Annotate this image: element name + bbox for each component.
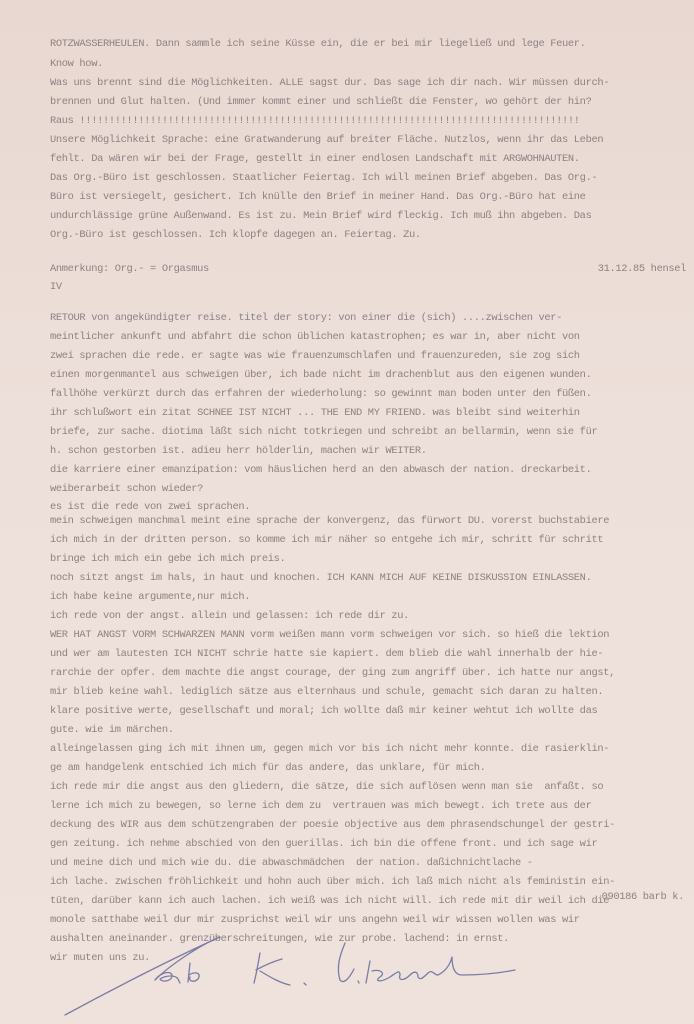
text-line: und wer am lautesten ICH NICHT schrie ha… [50, 648, 603, 660]
text-line: Unsere Möglichkeit Sprache: eine Gratwan… [50, 134, 603, 146]
text-line: rarchie der opfer. dem machte die angst … [50, 667, 615, 679]
text-line: ich rede mir die angst aus den gliedern,… [50, 781, 603, 793]
text-line: ge am handgelenk entschied ich mich für … [50, 762, 486, 774]
footnote: Anmerkung: Org.- = Orgasmus [50, 263, 209, 275]
text-line: Raus !!!!!!!!!!!!!!!!!!!!!!!!!!!!!!!!!!!… [50, 115, 580, 127]
text-line: tüten, darüber kann ich auch lachen. ich… [50, 895, 609, 907]
text-line: ich rede von der angst. allein und gelas… [50, 610, 409, 622]
text-line: ich habe keine argumente,nur mich. [50, 591, 250, 603]
text-line: brennen und Glut halten. (Und immer komm… [50, 96, 591, 108]
text-line: ich mich in der dritten person. so komme… [50, 534, 603, 546]
text-line: Org.-Büro ist geschlossen. Ich klopfe da… [50, 229, 421, 241]
text-line: es ist die rede von zwei sprachen. [50, 501, 250, 513]
text-line: klare positive werte, gesellschaft und m… [50, 705, 597, 717]
text-line: gute. wie im märchen. [50, 724, 174, 736]
document-page: ROTZWASSERHEULEN. Dann sammle ich seine … [0, 0, 694, 1024]
text-line: lerne ich mich zu bewegen, so lerne ich … [50, 800, 591, 812]
text-line: fehlt. Da wären wir bei der Frage, geste… [50, 153, 580, 165]
text-line: Know how. [50, 58, 103, 70]
text-line: einen morgenmantel aus schweigen über, i… [50, 369, 591, 381]
text-line: h. schon gestorben ist. adieu herr hölde… [50, 445, 427, 457]
text-line: fallhöhe verkürzt durch das erfahren der… [50, 388, 591, 400]
signature-hensel [338, 943, 515, 983]
text-line: RETOUR von angekündigter reise. titel de… [50, 312, 562, 324]
text-line: meintlicher ankunft und abfahrt die scho… [50, 331, 580, 343]
text-line: mein schweigen manchmal meint eine sprac… [50, 515, 609, 527]
date-signature-hensel: 31.12.85 hensel [598, 263, 686, 275]
text-line: Was uns brennt sind die Möglichkeiten. A… [50, 77, 609, 89]
text-line: weiberarbeit schon wieder? [50, 483, 203, 495]
text-line: noch sitzt angst im hals, in haut und kn… [50, 572, 591, 584]
handwritten-signatures [60, 925, 620, 1020]
text-line: mir blieb keine wahl. lediglich sätze au… [50, 686, 603, 698]
text-line: Das Org.-Büro ist geschlossen. Staatlich… [50, 172, 597, 184]
text-line: bringe ich mich ein gebe ich mich preis. [50, 553, 285, 565]
text-line: briefe, zur sache. diotima läßt sich nic… [50, 426, 597, 438]
text-line: gen zeitung. ich nehme abschied von den … [50, 838, 597, 850]
text-line: zwei sprachen die rede. er sagte was wie… [50, 350, 580, 362]
text-line: deckung des WIR aus dem schützengraben d… [50, 819, 615, 831]
text-line: und meine dich und mich wie du. die abwa… [50, 857, 533, 869]
text-line: die karriere einer emanzipation: vom häu… [50, 464, 591, 476]
signature-barb-k [65, 937, 306, 1015]
text-line: Büro ist versiegelt, gesichert. Ich knül… [50, 191, 586, 203]
text-line: ihr schlußwort ein zitat SCHNEE IST NICH… [50, 407, 580, 419]
text-line: ROTZWASSERHEULEN. Dann sammle ich seine … [50, 38, 586, 50]
text-line: alleingelassen ging ich mit ihnen um, ge… [50, 743, 609, 755]
text-line: ich lache. zwischen fröhlichkeit und hoh… [50, 876, 615, 888]
section-heading: IV [50, 281, 62, 293]
text-line: WER HAT ANGST VORM SCHWARZEN MANN vorm w… [50, 629, 609, 641]
text-line: undurchlässige grüne Außenwand. Es ist z… [50, 210, 591, 222]
date-signature-barb: 090186 barb k. [602, 891, 684, 903]
